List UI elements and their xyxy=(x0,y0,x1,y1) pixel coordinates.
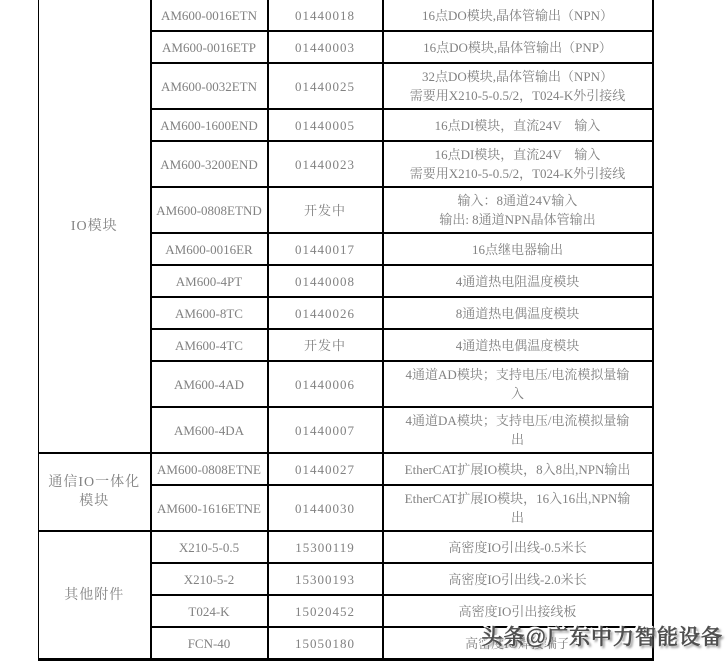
category-cell: 其他附件 xyxy=(39,531,151,660)
desc-cell: 16点DO模块,晶体管输出（PNP） xyxy=(383,31,653,63)
model-cell: AM600-4TC xyxy=(151,329,268,361)
model-cell: AM600-8TC xyxy=(151,297,268,329)
model-cell: AM600-0016ER xyxy=(151,233,268,265)
code-cell: 01440026 xyxy=(268,297,383,329)
model-cell: AM600-4PT xyxy=(151,265,268,297)
table-row: IO模块AM600-0016ETN0144001816点DO模块,晶体管输出（N… xyxy=(39,0,653,31)
code-cell: 开发中 xyxy=(268,329,383,361)
table-row: 通信IO一体化 模块AM600-0808ETNE01440027EtherCAT… xyxy=(39,453,653,485)
catalog-page: IO模块AM600-0016ETN0144001816点DO模块,晶体管输出（N… xyxy=(0,0,727,662)
product-table-body: IO模块AM600-0016ETN0144001816点DO模块,晶体管输出（N… xyxy=(39,0,653,660)
model-cell: AM600-3200END xyxy=(151,141,268,187)
watermark: 头条@广东中力智能设备 xyxy=(482,621,723,651)
desc-cell: 32点DO模块,晶体管输出（NPN） 需要用X210-5-0.5/2，T024-… xyxy=(383,63,653,109)
code-cell: 01440018 xyxy=(268,0,383,31)
desc-cell: 4通道AD模块；支持电压/电流模拟量输 入 xyxy=(383,361,653,407)
model-cell: AM600-0808ETND xyxy=(151,187,268,233)
code-cell: 01440008 xyxy=(268,265,383,297)
code-cell: 15020452 xyxy=(268,595,383,627)
desc-cell: 输入：8通道24V输入 输出: 8通道NPN晶体管输出 xyxy=(383,187,653,233)
model-cell: AM600-4DA xyxy=(151,407,268,453)
code-cell: 01440017 xyxy=(268,233,383,265)
desc-cell: EtherCAT扩展IO模块，16入16出,NPN输 出 xyxy=(383,485,653,531)
model-cell: X210-5-0.5 xyxy=(151,531,268,563)
model-cell: AM600-0032ETN xyxy=(151,63,268,109)
code-cell: 15050180 xyxy=(268,627,383,660)
category-cell: IO模块 xyxy=(39,0,151,453)
desc-cell: 高密度IO引出线-2.0米长 xyxy=(383,563,653,595)
model-cell: AM600-1600END xyxy=(151,109,268,141)
model-cell: X210-5-2 xyxy=(151,563,268,595)
code-cell: 开发中 xyxy=(268,187,383,233)
model-cell: AM600-0808ETNE xyxy=(151,453,268,485)
model-cell: AM600-0016ETP xyxy=(151,31,268,63)
desc-cell: 16点继电器输出 xyxy=(383,233,653,265)
code-cell: 01440030 xyxy=(268,485,383,531)
code-cell: 01440005 xyxy=(268,109,383,141)
desc-cell: 8通道热电偶温度模块 xyxy=(383,297,653,329)
code-cell: 15300193 xyxy=(268,563,383,595)
table-row: 其他附件X210-5-0.515300119高密度IO引出线-0.5米长 xyxy=(39,531,653,563)
desc-cell: 4通道热电偶温度模块 xyxy=(383,329,653,361)
desc-cell: EtherCAT扩展IO模块，8入8出,NPN输出 xyxy=(383,453,653,485)
desc-cell: 4通道DA模块；支持电压/电流模拟量输 出 xyxy=(383,407,653,453)
code-cell: 01440003 xyxy=(268,31,383,63)
code-cell: 01440006 xyxy=(268,361,383,407)
code-cell: 15300119 xyxy=(268,531,383,563)
desc-cell: 16点DI模块，直流24V 输入 需要用X210-5-0.5/2，T024-K外… xyxy=(383,141,653,187)
model-cell: AM600-4AD xyxy=(151,361,268,407)
code-cell: 01440023 xyxy=(268,141,383,187)
code-cell: 01440007 xyxy=(268,407,383,453)
desc-cell: 16点DI模块，直流24V 输入 xyxy=(383,109,653,141)
code-cell: 01440025 xyxy=(268,63,383,109)
model-cell: AM600-1616ETNE xyxy=(151,485,268,531)
category-cell: 通信IO一体化 模块 xyxy=(39,453,151,531)
code-cell: 01440027 xyxy=(268,453,383,485)
model-cell: AM600-0016ETN xyxy=(151,0,268,31)
desc-cell: 4通道热电阻温度模块 xyxy=(383,265,653,297)
model-cell: FCN-40 xyxy=(151,627,268,660)
product-catalog-table: IO模块AM600-0016ETN0144001816点DO模块,晶体管输出（N… xyxy=(38,0,654,661)
desc-cell: 高密度IO引出线-0.5米长 xyxy=(383,531,653,563)
model-cell: T024-K xyxy=(151,595,268,627)
desc-cell: 16点DO模块,晶体管输出（NPN） xyxy=(383,0,653,31)
